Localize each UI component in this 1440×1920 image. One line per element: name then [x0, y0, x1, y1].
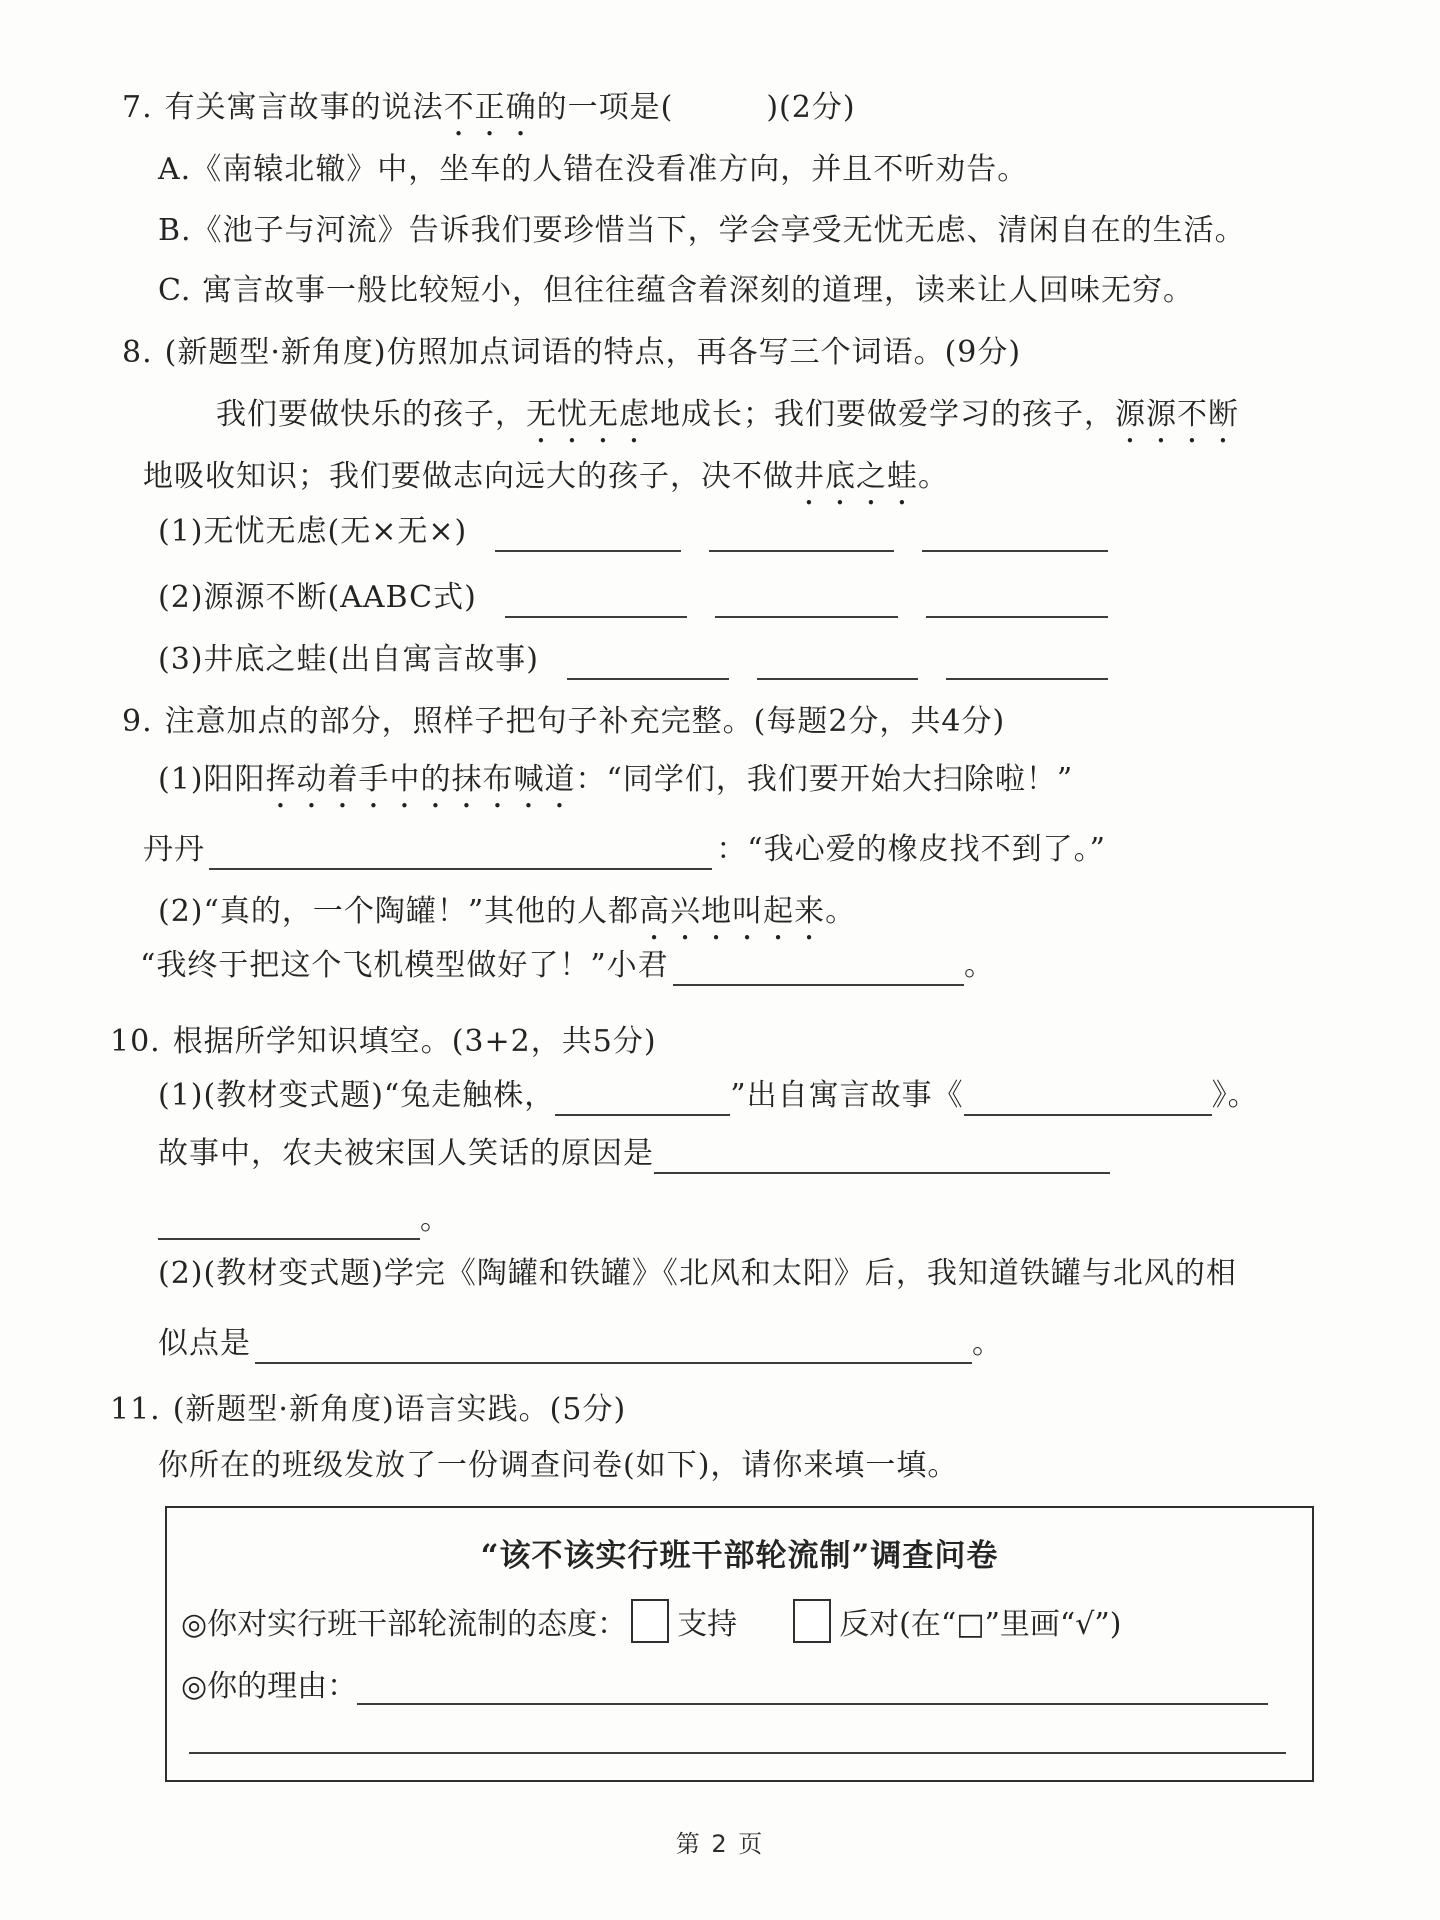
sentence-text: (1)(教材变式题)“兔走触株，	[158, 1076, 555, 1116]
item-3-label: (3)井底之蛙(出自寓言故事)	[158, 640, 539, 680]
survey-reason-label: ◎你的理由：	[181, 1661, 357, 1705]
oppose-checkbox[interactable]	[793, 1599, 831, 1643]
answer-blank[interactable]	[555, 1078, 730, 1116]
answer-blank[interactable]	[505, 580, 687, 618]
sentence-period: 。	[420, 1200, 451, 1240]
question-7-stem: 7.有关寓言故事的说法不正确的一项是( )(2分)	[122, 88, 856, 143]
question-7-option-a: A.《南辕北辙》中，坐车的人错在没看准方向，并且不听劝告。	[158, 150, 1028, 190]
answer-blank[interactable]	[757, 642, 919, 680]
answer-blank[interactable]	[567, 642, 729, 680]
sentence-text: ”出自寓言故事《	[730, 1076, 963, 1116]
question-10-sub-2-line-1: (2)(教材变式题)学完《陶罐和铁罐》《北风和太阳》后，我知道铁罐与北风的相	[158, 1254, 1237, 1294]
question-8-text: (新题型·新角度)仿照加点词语的特点，再各写三个词语。(9分)	[165, 335, 1021, 370]
question-9-number: 9.	[122, 704, 153, 739]
oppose-label: 反对(在“□”里画“√”)	[839, 1599, 1121, 1643]
question-8-item-1: (1)无忧无虑(无×无×)	[158, 512, 1108, 552]
support-label: 支持	[677, 1599, 737, 1643]
passage-text: 地吸收知识；我们要做志向远大的孩子，决不做	[143, 459, 794, 494]
sentence-emphasized-part: 高兴地叫起来	[639, 894, 825, 929]
passage-text: 地成长；我们要做爱学习的孩子，	[650, 397, 1115, 432]
question-10-stem: 10.根据所学知识填空。(3+2，共5分)	[110, 1022, 657, 1062]
question-7-option-c: C. 寓言故事一般比较短小，但往往蕴含着深刻的道理，读来让人回味无穷。	[158, 271, 1194, 311]
answer-blank[interactable]	[715, 580, 897, 618]
answer-blank[interactable]	[709, 514, 895, 552]
question-8-stem: 8.(新题型·新角度)仿照加点词语的特点，再各写三个词语。(9分)	[122, 333, 1021, 373]
sentence-period: 。	[964, 946, 995, 986]
sentence-text: ：“同学们，我们要开始大扫除啦！”	[576, 762, 1074, 797]
question-10-number: 10.	[110, 1024, 161, 1059]
question-8-item-3: (3)井底之蛙(出自寓言故事)	[158, 640, 1108, 680]
support-checkbox[interactable]	[631, 1599, 669, 1643]
question-9-sub-1: (1)阳阳挥动着手中的抹布喊道：“同学们，我们要开始大扫除啦！”	[158, 760, 1073, 815]
answer-blank[interactable]	[926, 580, 1108, 618]
question-7-number: 7.	[122, 90, 153, 125]
answer-blank[interactable]	[922, 514, 1108, 552]
question-9-sub-1-answer-line: 丹丹 ：“我心爱的橡皮找不到了。”	[143, 830, 1106, 870]
passage-emphasized-word-2: 源源不断	[1115, 397, 1239, 432]
question-7-emphasized-text: 不正确	[444, 90, 537, 125]
sentence-text: 似点是	[158, 1324, 251, 1364]
answer-blank[interactable]	[946, 642, 1108, 680]
survey-attitude-row: ◎你对实行班干部轮流制的态度： 支持 反对(在“□”里画“√”)	[181, 1599, 1294, 1643]
exam-paper-page: 7.有关寓言故事的说法不正确的一项是( )(2分) A.《南辕北辙》中，坐车的人…	[0, 0, 1440, 1920]
question-10-text: 根据所学知识填空。(3+2，共5分)	[173, 1024, 657, 1059]
survey-attitude-label: ◎你对实行班干部轮流制的态度：	[181, 1599, 627, 1643]
item-1-label: (1)无忧无虑(无×无×)	[158, 512, 467, 552]
question-7-option-b: B.《池子与河流》告诉我们要珍惜当下，学会享受无忧无虑、清闲自在的生活。	[158, 211, 1246, 251]
sentence-emphasized-part: 挥动着手中的抹布喊道	[266, 762, 576, 797]
sentence-text: ：“我心爱的橡皮找不到了。”	[716, 830, 1106, 870]
question-7-text-post: 的一项是( )(2分)	[537, 90, 856, 125]
survey-title: “该不该实行班干部轮流制”调查问卷	[167, 1530, 1312, 1575]
answer-blank[interactable]	[964, 1078, 1212, 1116]
answer-blank[interactable]	[673, 948, 964, 986]
survey-reason-row: ◎你的理由：	[181, 1661, 1268, 1705]
passage-text: 我们要做快乐的孩子，	[216, 397, 526, 432]
question-8-passage-line-2: 地吸收知识；我们要做志向远大的孩子，决不做井底之蛙。	[143, 457, 949, 512]
question-11-text: (新题型·新角度)语言实践。(5分)	[173, 1392, 626, 1427]
reason-blank-line-1[interactable]	[357, 1667, 1268, 1705]
subject-name: 丹丹	[143, 830, 205, 870]
sentence-text: 故事中，农夫被宋国人笑话的原因是	[158, 1134, 654, 1174]
answer-blank[interactable]	[209, 832, 712, 870]
answer-blank[interactable]	[255, 1326, 972, 1364]
question-7-text-pre: 有关寓言故事的说法	[165, 90, 444, 125]
question-8-passage-line-1: 我们要做快乐的孩子，无忧无虑地成长；我们要做爱学习的孩子，源源不断	[216, 395, 1239, 450]
sentence-text: (2)“真的，一个陶罐！”其他的人都	[158, 894, 639, 929]
question-10-sub-1-line-3: 。	[158, 1200, 451, 1240]
passage-text: 。	[918, 459, 949, 494]
sentence-text: “我终于把这个飞机模型做好了！”小君	[140, 946, 669, 986]
answer-blank[interactable]	[654, 1136, 1110, 1174]
question-9-sub-2: (2)“真的，一个陶罐！”其他的人都高兴地叫起来。	[158, 892, 856, 947]
question-11-number: 11.	[110, 1392, 161, 1427]
question-9-sub-2-answer-line: “我终于把这个飞机模型做好了！”小君 。	[140, 946, 995, 986]
question-10-sub-2-line-2: 似点是 。	[158, 1324, 1003, 1364]
question-8-item-2: (2)源源不断(AABC式)	[158, 578, 1108, 618]
survey-questionnaire-box: “该不该实行班干部轮流制”调查问卷 ◎你对实行班干部轮流制的态度： 支持 反对(…	[165, 1506, 1314, 1782]
question-11-intro: 你所在的班级发放了一份调查问卷(如下)，请你来填一填。	[158, 1446, 958, 1486]
sentence-text: (1)阳阳	[158, 762, 266, 797]
passage-emphasized-word-1: 无忧无虑	[526, 397, 650, 432]
question-9-stem: 9.注意加点的部分，照样子把句子补充完整。(每题2分，共4分)	[122, 702, 1005, 742]
answer-blank[interactable]	[495, 514, 681, 552]
page-number: 第 2 页	[0, 1824, 1440, 1859]
passage-emphasized-word-3: 井底之蛙	[794, 459, 918, 494]
question-10-sub-1-line-1: (1)(教材变式题)“兔走触株， ”出自寓言故事《 》。	[158, 1076, 1259, 1116]
item-2-label: (2)源源不断(AABC式)	[158, 578, 477, 618]
answer-blank[interactable]	[158, 1202, 420, 1240]
question-11-stem: 11.(新题型·新角度)语言实践。(5分)	[110, 1390, 626, 1430]
question-9-text: 注意加点的部分，照样子把句子补充完整。(每题2分，共4分)	[165, 704, 1006, 739]
reason-blank-line-2[interactable]	[189, 1752, 1286, 1754]
sentence-text: 。	[825, 894, 856, 929]
question-8-number: 8.	[122, 335, 153, 370]
question-10-sub-1-line-2: 故事中，农夫被宋国人笑话的原因是	[158, 1134, 1110, 1174]
sentence-text: 》。	[1212, 1076, 1259, 1116]
sentence-period: 。	[972, 1324, 1003, 1364]
